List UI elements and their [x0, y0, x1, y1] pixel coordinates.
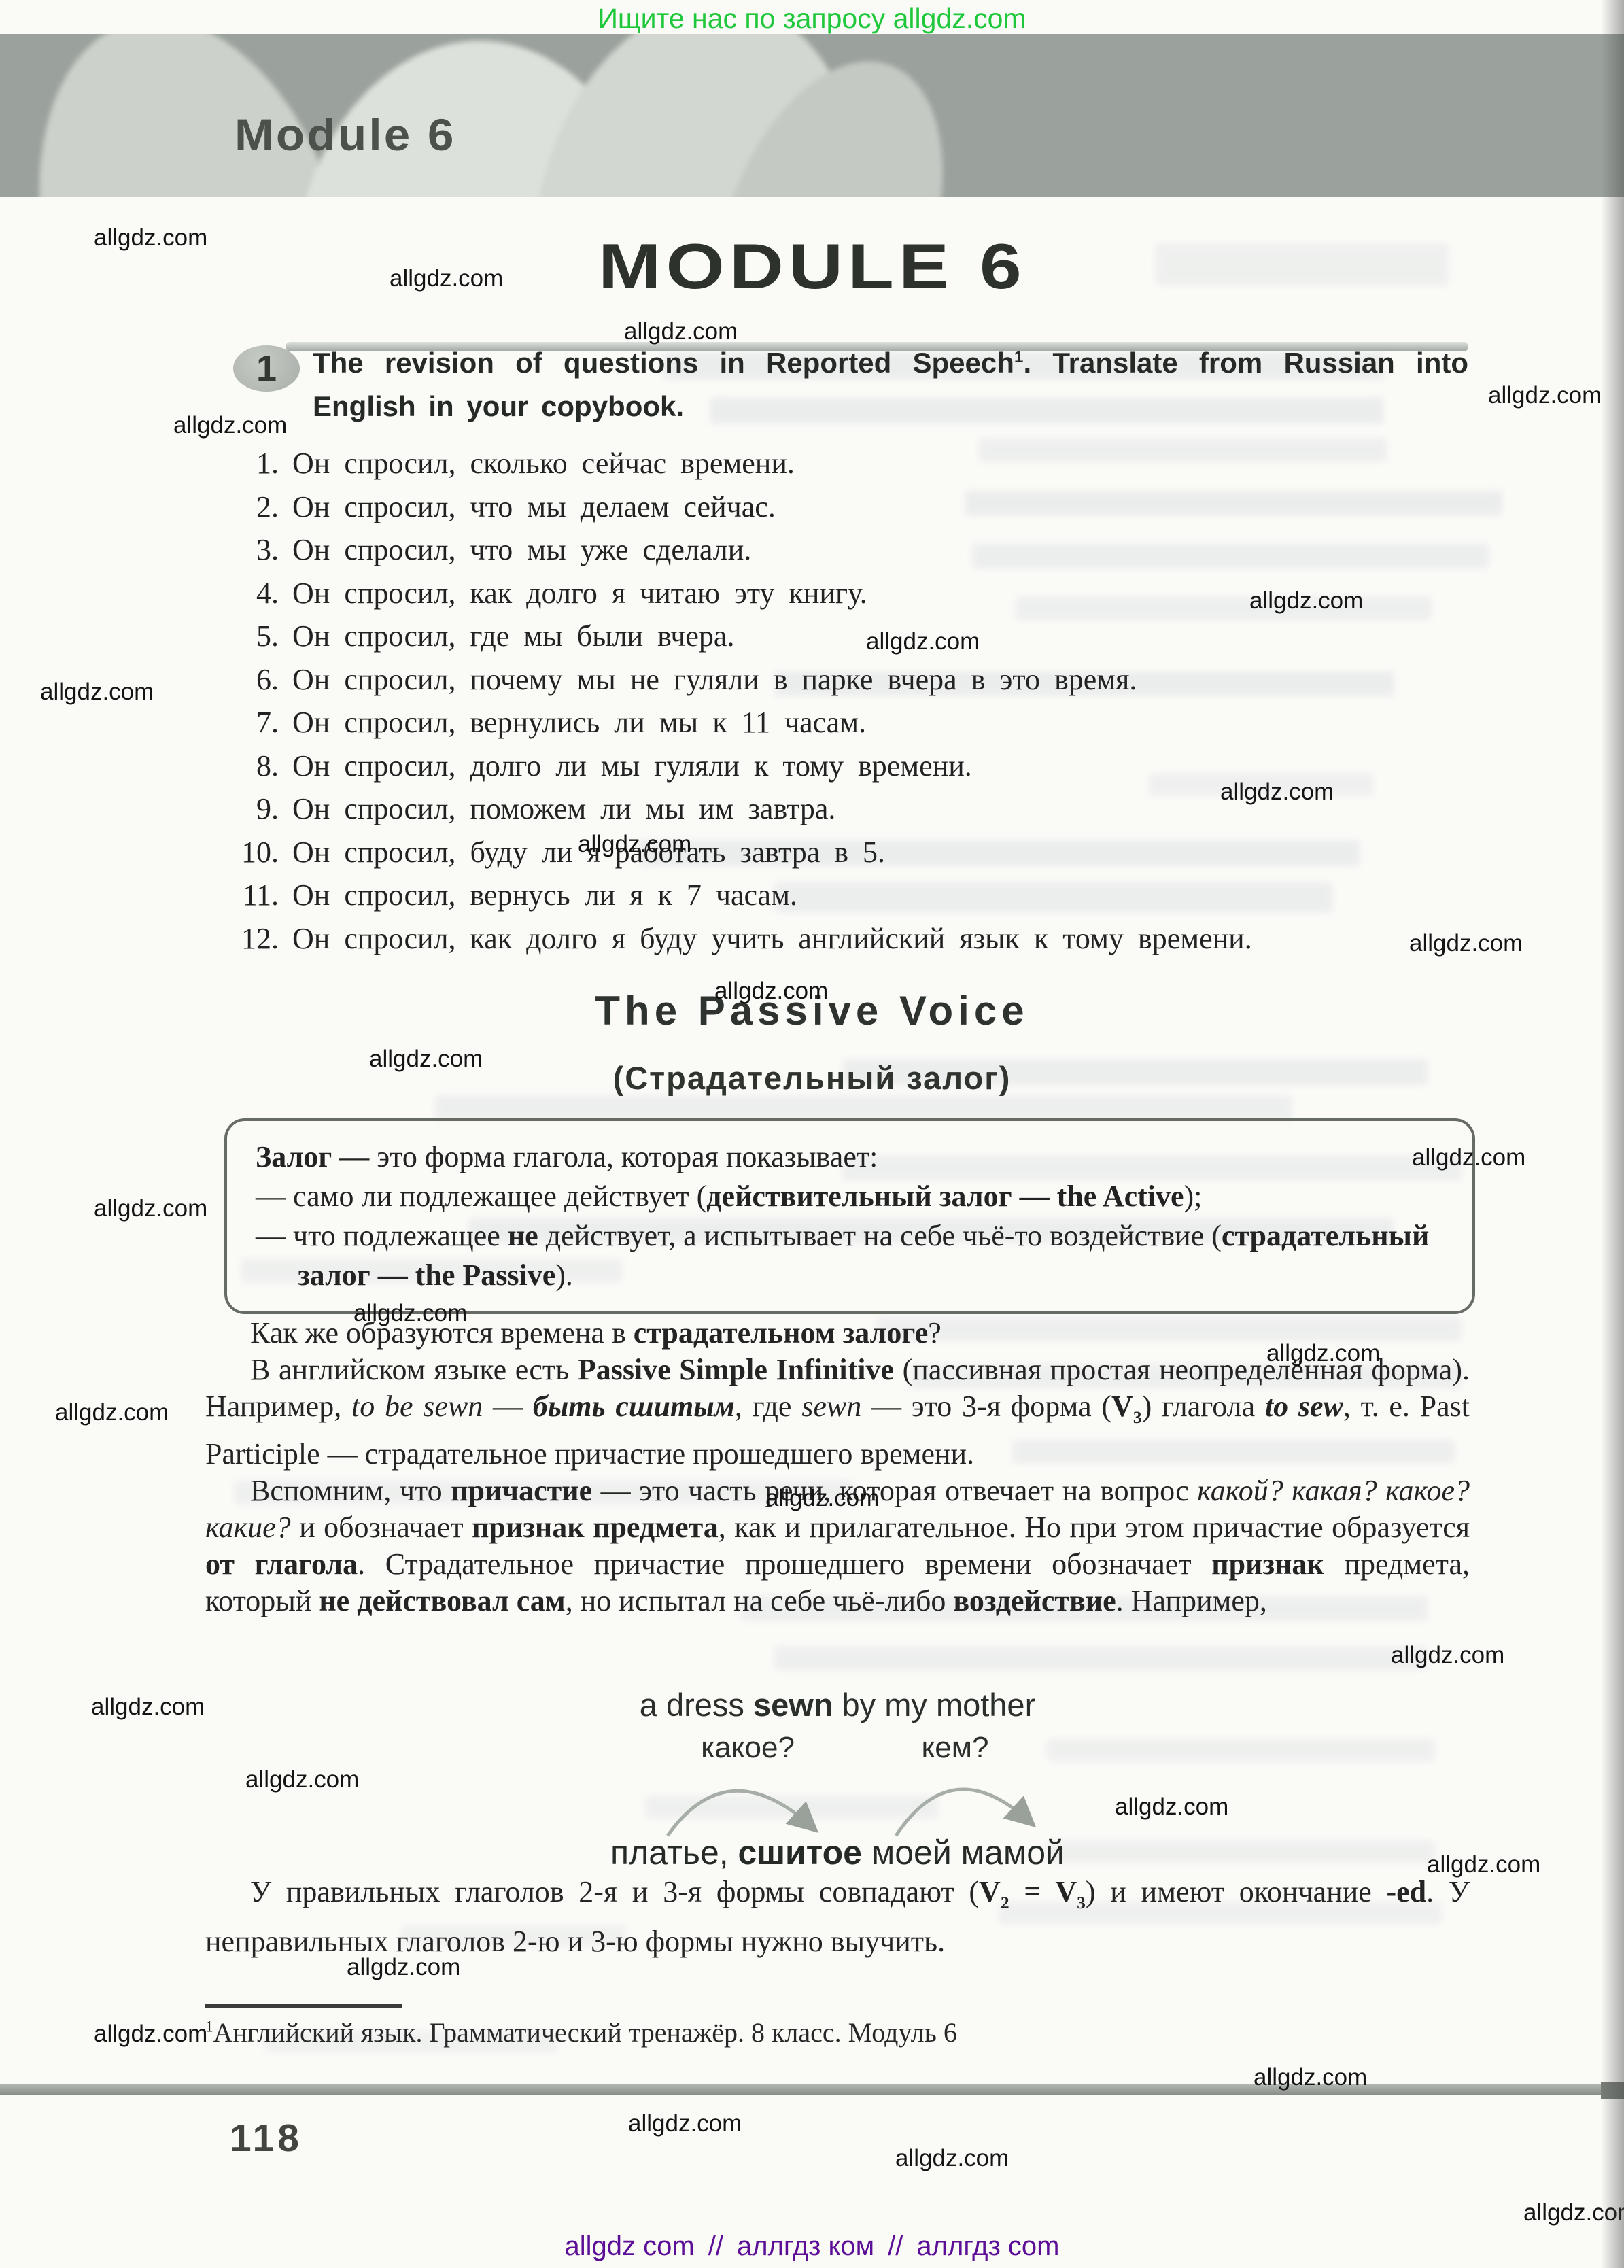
footnote: 1Английский язык. Грамматический тренажё…: [205, 2016, 1361, 2048]
watermark-text: allgdz.com: [1391, 1642, 1504, 1669]
watermark-text: allgdz.com: [714, 978, 828, 1005]
footer-link[interactable]: allgdz com: [565, 2231, 695, 2261]
paragraph: В английском языке есть Passive Simple I…: [205, 1352, 1470, 1473]
section-title-ru: (Страдательный залог): [0, 1059, 1624, 1097]
watermark-text: allgdz.com: [578, 831, 691, 858]
list-item: 11.Он спросил, вернусь ли я к 7 часам.: [224, 874, 1470, 917]
bleed-through-line: [435, 1096, 1292, 1120]
list-item: 6.Он спросил, почему мы не гуляли в парк…: [224, 658, 1470, 702]
watermark-text: allgdz.com: [624, 318, 738, 345]
watermark-text: allgdz.com: [94, 224, 207, 252]
closing-paragraph: У правильных глаголов 2-я и 3-я формы со…: [205, 1872, 1470, 1961]
watermark-text: allgdz.com: [55, 1399, 169, 1426]
list-item-number: 3.: [224, 528, 279, 572]
list-item: 1.Он спросил, сколько сейчас времени.: [224, 442, 1470, 485]
watermark-text: allgdz.com: [94, 1195, 207, 1222]
list-item-number: 11.: [224, 874, 279, 917]
watermark-text: allgdz.com: [1249, 587, 1363, 615]
footer-link[interactable]: аллгдз ком: [737, 2231, 874, 2261]
list-item-number: 5.: [224, 615, 279, 658]
list-item-text: Он спросил, сколько сейчас времени.: [292, 447, 795, 480]
watermark-text: allgdz.com: [1266, 1340, 1380, 1367]
list-item-text: Он спросил, поможем ли мы им завтра.: [292, 792, 835, 825]
list-item-text: Он спросил, что мы уже сделали.: [292, 533, 751, 566]
watermark-text: allgdz.com: [40, 678, 154, 706]
list-item: 12.Он спросил, как долго я буду учить ан…: [224, 917, 1470, 961]
task-list: 1.Он спросил, сколько сейчас времени.2.О…: [224, 442, 1470, 960]
arc-arrows-diagram: [646, 1759, 1067, 1844]
bleed-through-line: [775, 1647, 1428, 1670]
page-title: MODULE 6: [0, 230, 1624, 303]
watermark-text: allgdz.com: [390, 265, 503, 292]
watermark-text: allgdz.com: [173, 412, 287, 439]
watermark-text: allgdz.com: [245, 1766, 359, 1793]
footer-link[interactable]: аллгдз com: [916, 2231, 1059, 2261]
definition-box: Залог — это форма глагола, которая показ…: [224, 1118, 1475, 1314]
exercise-number: 1: [256, 347, 277, 390]
module-corner-label: Module 6: [235, 109, 456, 160]
definition-line: Залог — это форма глагола, которая показ…: [256, 1137, 1444, 1177]
definition-line: — само ли подлежащее действует (действит…: [256, 1177, 1444, 1216]
list-item: 5.Он спросил, где мы были вчера.: [224, 615, 1470, 658]
watermark-text: allgdz.com: [347, 1954, 460, 1981]
page-number: 118: [230, 2116, 303, 2161]
watermark-text: allgdz.com: [1115, 1793, 1228, 1821]
list-item-text: Он спросил, как долго я читаю эту книгу.: [292, 577, 867, 610]
list-item-number: 6.: [224, 658, 279, 702]
watermark-text: allgdz.com: [369, 1046, 483, 1073]
list-item-number: 4.: [224, 572, 279, 615]
watermark-text: allgdz.com: [94, 2021, 207, 2048]
example-english: a dress sewn by my mother: [205, 1686, 1470, 1723]
footer-rule: [0, 2084, 1624, 2095]
list-item-number: 10.: [224, 831, 279, 874]
watermark-text: allgdz.com: [91, 1694, 205, 1721]
list-item: 2.Он спросил, что мы делаем сейчас.: [224, 485, 1470, 529]
arrow-by-whom-icon: [896, 1789, 1029, 1836]
list-item-text: Он спросил, почему мы не гуляли в парке …: [292, 663, 1137, 696]
footnote-rule: [205, 2004, 402, 2008]
list-item-number: 12.: [224, 917, 279, 961]
list-item-text: Он спросил, как долго я буду учить англи…: [292, 922, 1252, 955]
watermark-text: allgdz.com: [1254, 2064, 1367, 2091]
watermark-text: allgdz.com: [1220, 778, 1334, 806]
list-item-number: 2.: [224, 485, 279, 529]
arrow-what-icon: [668, 1791, 811, 1836]
watermark-text: allgdz.com: [866, 628, 980, 655]
list-item-number: 7.: [224, 701, 279, 744]
link-separator: //: [708, 2231, 723, 2261]
watermark-text: allgdz.com: [1488, 382, 1602, 409]
footer-links: allgdz com//аллгдз ком//аллгдз com: [0, 2231, 1624, 2262]
definition-line: — что подлежащее не действует, а испытыв…: [256, 1216, 1444, 1295]
list-item: 3.Он спросил, что мы уже сделали.: [224, 528, 1470, 572]
list-item-text: Он спросил, где мы были вчера.: [292, 619, 734, 653]
watermark-text: allgdz.com: [1409, 930, 1523, 957]
scanned-textbook-page: Ищите нас по запросу allgdz.com Module 6…: [0, 0, 1624, 2268]
watermark-text: allgdz.com: [628, 2110, 742, 2137]
exercise-task: The revision of questions in Reported Sp…: [313, 336, 1468, 428]
list-item-text: Он спросил, вернусь ли я к 7 часам.: [292, 878, 797, 912]
watermark-text: allgdz.com: [895, 2145, 1009, 2172]
bleed-through-line: [1047, 1739, 1434, 1761]
site-promo-banner: Ищите нас по запросу allgdz.com: [0, 3, 1624, 35]
link-separator: //: [888, 2231, 903, 2261]
list-item-number: 8.: [224, 744, 279, 788]
watermark-text: allgdz.com: [1412, 1144, 1525, 1171]
watermark-text: allgdz.com: [765, 1485, 879, 1512]
list-item-number: 9.: [224, 787, 279, 831]
watermark-text: allgdz.com: [353, 1300, 467, 1327]
list-item-number: 1.: [224, 442, 279, 485]
list-item-text: Он спросил, вернулись ли мы к 11 часам.: [292, 706, 866, 739]
list-item-text: Он спросил, что мы делаем сейчас.: [292, 490, 776, 523]
scan-edge-shadow: [1601, 0, 1624, 2268]
list-item: 7.Он спросил, вернулись ли мы к 11 часам…: [224, 701, 1470, 744]
watermark-text: allgdz.com: [1427, 1851, 1540, 1878]
list-item: 10.Он спросил, буду ли я работать завтра…: [224, 831, 1470, 874]
exercise-number-badge: 1: [233, 345, 300, 392]
example-russian: платье, сшитое моей мамой: [205, 1833, 1470, 1872]
list-item-text: Он спросил, долго ли мы гуляли к тому вр…: [292, 749, 972, 783]
